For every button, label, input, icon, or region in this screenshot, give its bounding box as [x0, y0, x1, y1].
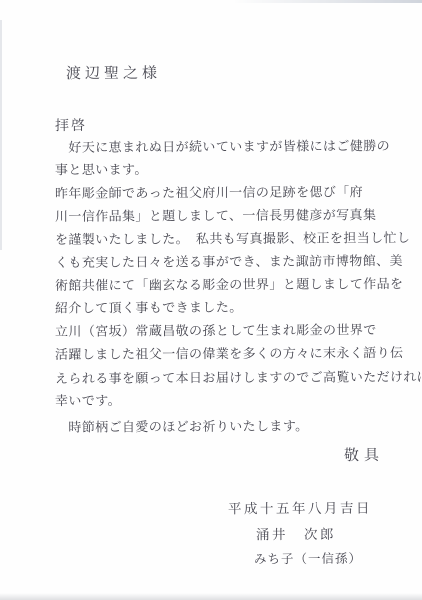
body-line: 立川（宮坂）常蔵昌敬の孫として生まれ彫金の世界で	[55, 324, 377, 339]
body-line: 事と思います。	[55, 164, 148, 177]
scan-artifact-bottom-shadow	[0, 593, 422, 600]
salutation-haikei: 拝啓	[55, 119, 87, 133]
signer-primary: 涌井 次郎	[256, 529, 336, 543]
letter-page: 渡辺聖之様 拝啓 好天に恵まれぬ日が続いていますが皆様にはご健勝の 事と思います…	[0, 0, 422, 600]
body-line: 活躍しました祖父一信の偉業を多くの方々に末永く語り伝	[55, 347, 403, 362]
signer-secondary: みち子（一信孫）	[254, 553, 362, 566]
body-line: えられる事を願って本日お届けしますのでご高覧いただければ	[55, 371, 422, 386]
body-line: くも充実した日々を送る事ができ、また諏訪市博物館、美	[55, 255, 403, 270]
body-line: 紹介して頂く事もできました。	[55, 302, 243, 316]
closing-keigu: 敬具	[344, 448, 384, 463]
scan-artifact-top-edge	[232, 0, 422, 3]
body-line: 昨年彫金師であった祖父府川一信の足跡を偲び「府	[55, 186, 363, 201]
body-line: を謹製いたしました。 私共も写真撮影、校正を担当し忙し	[55, 232, 410, 247]
body-line: 時節柄ご自愛のほどお祈りいたします。	[55, 420, 309, 434]
recipient-name: 渡辺聖之様	[66, 66, 161, 81]
body-line: 好天に恵まれぬ日が続いていますが皆様にはご健勝の	[55, 140, 390, 155]
scan-artifact-left-edge	[0, 20, 2, 250]
body-line: 術館共催にて「幽玄なる彫金の世界」と題しまして作品を	[55, 278, 403, 293]
body-line: 川一信作品集」と題しまして、一信長男健彦が写真集	[55, 209, 376, 224]
date-line: 平成十五年八月吉日	[228, 503, 372, 517]
body-line: 幸いです。	[55, 395, 121, 408]
